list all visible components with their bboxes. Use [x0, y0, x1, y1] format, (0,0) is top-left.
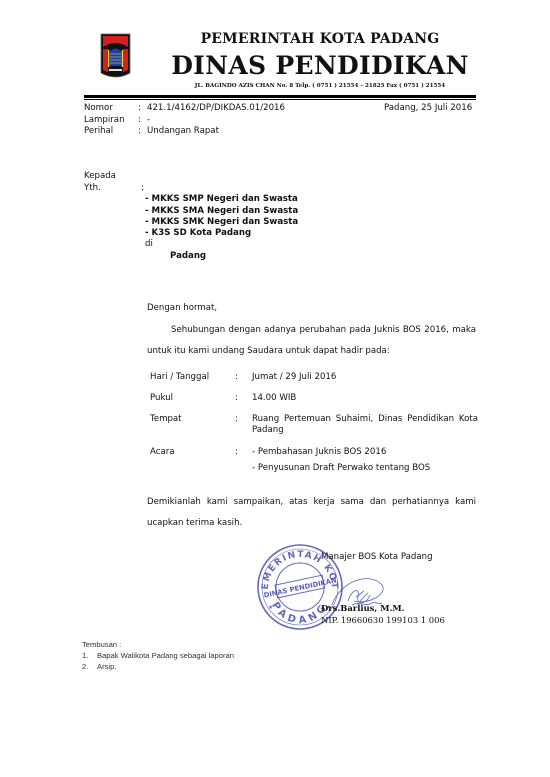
tembusan-label: Tembusan :: [82, 640, 121, 649]
detail-label: Acara: [150, 447, 175, 457]
signatory-title: Manajer BOS Kota Padang: [321, 552, 433, 562]
lampiran-label: Lampiran: [84, 115, 125, 125]
intro-paragraph: Sehubungan dengan adanya perubahan pada …: [147, 320, 476, 362]
detail-value-agenda: - Pembahasan Juknis BOS 2016: [252, 447, 386, 457]
place-date: Padang, 25 Juli 2016: [384, 103, 472, 113]
detail-value-place: Ruang Pertemuan Suhaimi, Dinas Pendidika…: [252, 414, 478, 435]
letterhead-rule-thin: [84, 99, 476, 100]
nomor-label: Nomor: [84, 103, 113, 113]
nomor-value: 421.1/4162/DP/DIKDAS.01/2016: [147, 103, 285, 113]
detail-label: Hari / Tanggal: [150, 372, 209, 382]
detail-value-agenda: - Penyusunan Draft Perwako tentang BOS: [252, 463, 430, 473]
detail-separator: :: [235, 447, 238, 457]
svg-text:★: ★: [268, 604, 273, 611]
di-label: di: [145, 239, 153, 249]
tembusan-item: Arsip.: [97, 662, 116, 671]
kepada-label: Kepada: [84, 171, 116, 181]
signatory-nip: NIP. 19660630 199103 1 006: [321, 615, 445, 625]
tembusan-item-number: 1.: [82, 651, 88, 660]
signatory-name: Drs.Barlius, M.M.: [321, 603, 405, 613]
letter-page: PEMERINTAH KOTA PADANG DINAS PENDIDIKAN …: [0, 0, 550, 777]
tembusan-item: Bapak Walikota Padang sebagai laporan: [97, 651, 234, 660]
lampiran-value: -: [147, 115, 150, 125]
letterhead-rule-thick: [84, 95, 476, 98]
perihal-value: Undangan Rapat: [147, 126, 219, 136]
recipient-item: - MKKS SMP Negeri dan Swasta: [145, 194, 298, 204]
yth-label: Yth.: [84, 183, 101, 193]
recipient-item: - K3S SD Kota Padang: [145, 228, 251, 238]
closing-paragraph: Demikianlah kami sampaikan, atas kerja s…: [147, 492, 476, 534]
agency-address: JL. BAGINDO AZIS CHAN No. 8 Telp. ( 0751…: [150, 83, 490, 89]
agency-name: DINAS PENDIDIKAN: [150, 52, 490, 80]
tembusan-item-number: 2.: [82, 662, 88, 671]
government-name: PEMERINTAH KOTA PADANG: [150, 31, 490, 47]
recipient-item: - MKKS SMA Negeri dan Swasta: [145, 206, 298, 216]
recipient-item: - MKKS SMK Negeri dan Swasta: [145, 217, 298, 227]
perihal-label: Perihal: [84, 126, 113, 136]
detail-label: Pukul: [150, 393, 173, 403]
padang-city-emblem-icon: [100, 33, 131, 81]
perihal-separator: :: [138, 126, 141, 136]
detail-value-date: Jumat / 29 Juli 2016: [252, 372, 336, 382]
detail-separator: :: [235, 393, 238, 403]
detail-separator: :: [235, 414, 238, 424]
lampiran-separator: :: [138, 115, 141, 125]
nomor-separator: :: [138, 103, 141, 113]
recipient-city: Padang: [170, 251, 206, 261]
greeting: Dengan hormat,: [147, 303, 217, 313]
detail-label: Tempat: [150, 414, 182, 424]
yth-separator: :: [141, 183, 144, 193]
detail-value-time: 14.00 WIB: [252, 393, 296, 403]
detail-separator: :: [235, 372, 238, 382]
